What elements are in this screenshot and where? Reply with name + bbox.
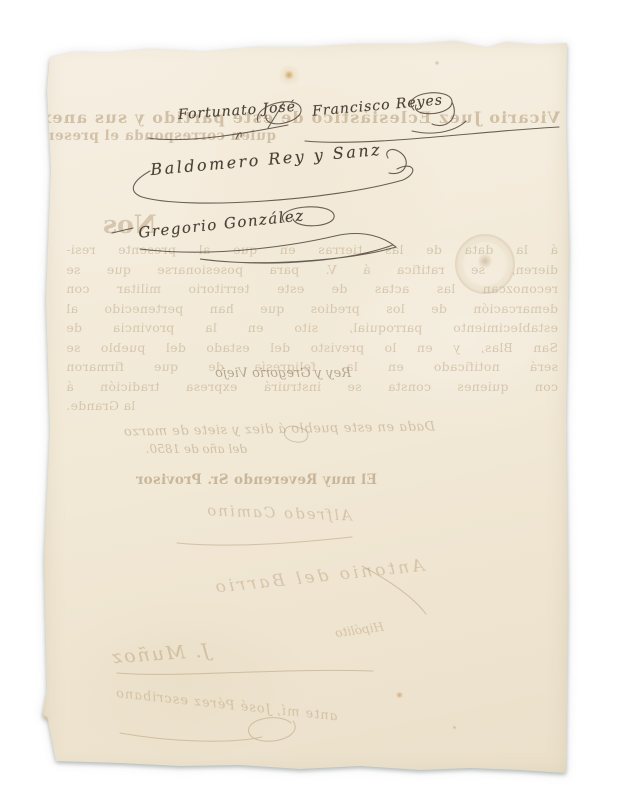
paper-sheet: Vicario Juez Eclesiástico de este partid… xyxy=(42,38,570,776)
document-scan: Vicario Juez Eclesiástico de este partid… xyxy=(0,0,620,810)
fortunato-underline-path xyxy=(148,125,288,140)
paper-shadow: Vicario Juez Eclesiástico de este partid… xyxy=(42,38,570,776)
